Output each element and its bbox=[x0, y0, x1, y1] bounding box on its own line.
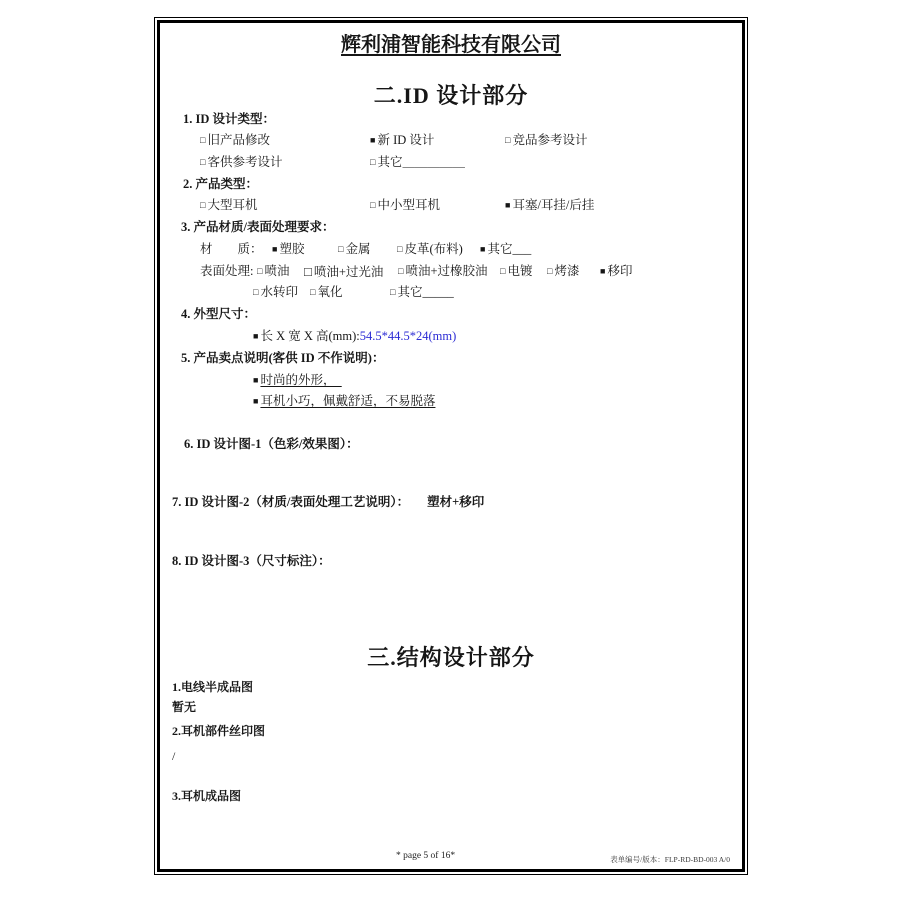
structure-section-heading: 三.结构设计部分 bbox=[160, 641, 742, 672]
q5-label: 5. 产品卖点说明(客供 ID 不作说明)： bbox=[181, 351, 384, 366]
checkbox-icon: □ bbox=[505, 135, 510, 145]
checkbox-icon: □ bbox=[370, 200, 375, 210]
company-title: 辉利浦智能科技有限公司 bbox=[160, 28, 742, 57]
checkbox-option: □喷油+过光油 bbox=[304, 264, 383, 280]
checkbox-label: 中小型耳机 bbox=[377, 198, 440, 212]
checkbox-option: □喷油 bbox=[257, 264, 289, 279]
checkbox-label: 大型耳机 bbox=[207, 198, 257, 212]
checkbox-option: □客供参考设计 bbox=[200, 155, 282, 170]
checkbox-icon: ■ bbox=[505, 200, 510, 210]
bullet-icon: ■ bbox=[253, 396, 258, 406]
q3-label: 3. 产品材质/表面处理要求： bbox=[181, 220, 334, 235]
checkbox-option: ■其它___ bbox=[480, 242, 531, 257]
checkbox-label: 塑胶 bbox=[279, 242, 304, 256]
checkbox-label: 金属 bbox=[345, 242, 370, 256]
checkbox-icon: □ bbox=[310, 287, 315, 297]
checkbox-icon: □ bbox=[398, 266, 403, 276]
checkbox-option: ■耳塞/耳挂/后挂 bbox=[505, 198, 594, 213]
checkbox-option: □竞品参考设计 bbox=[505, 133, 587, 148]
checkbox-icon: ■ bbox=[480, 244, 485, 254]
checkbox-option: □金属 bbox=[338, 242, 370, 257]
checkbox-icon: ■ bbox=[272, 244, 277, 254]
q6-label: 6. ID 设计图-1（色彩/效果图）： bbox=[184, 437, 359, 452]
checkbox-icon: □ bbox=[200, 135, 205, 145]
checkbox-option: □氧化 bbox=[310, 285, 342, 300]
checkbox-icon: □ bbox=[200, 157, 205, 167]
selling-point: ■时尚的外形， bbox=[253, 373, 342, 388]
checkbox-label: 水转印 bbox=[260, 285, 298, 299]
q8-label: 8. ID 设计图-3（尺寸标注）： bbox=[172, 554, 331, 569]
checkbox-label: 其它___ bbox=[487, 242, 531, 256]
selling-point: ■耳机小巧，佩戴舒适，不易脱落 bbox=[253, 394, 435, 409]
surface-label: 表面处理: bbox=[200, 264, 253, 279]
checkbox-option: ■新 ID 设计 bbox=[370, 133, 434, 148]
checkbox-option: □其它＿＿＿＿＿ bbox=[370, 155, 465, 170]
checkbox-icon: □ bbox=[390, 287, 395, 297]
checkbox-option: □水转印 bbox=[253, 285, 298, 300]
checkbox-label: 竞品参考设计 bbox=[512, 133, 587, 147]
structure-item1-value: 暂无 bbox=[172, 700, 196, 715]
structure-item3-label: 3.耳机成品图 bbox=[172, 789, 241, 804]
checkbox-option: □中小型耳机 bbox=[370, 198, 440, 213]
checkbox-option: □喷油+过橡胶油 bbox=[398, 264, 488, 279]
checkbox-label: 氧化 bbox=[317, 285, 342, 299]
bullet-icon: ■ bbox=[253, 375, 258, 385]
checkbox-icon: □ bbox=[338, 244, 343, 254]
structure-item2-value: / bbox=[172, 749, 175, 764]
checkbox-label: 喷油 bbox=[264, 264, 289, 278]
checkbox-icon: □ bbox=[547, 266, 552, 276]
selling-point-text: 耳机小巧，佩戴舒适，不易脱落 bbox=[260, 394, 435, 408]
q1-label: 1. ID 设计类型： bbox=[183, 112, 275, 127]
checkbox-label: 烤漆 bbox=[554, 264, 579, 278]
dimension-label: 长 X 宽 X 高(mm): bbox=[260, 329, 359, 343]
checkbox-option: □大型耳机 bbox=[200, 198, 257, 213]
checkbox-label: 喷油+过橡胶油 bbox=[405, 264, 487, 278]
checkbox-option: ■塑胶 bbox=[272, 242, 304, 257]
dimension-value: 54.5*44.5*24(mm) bbox=[360, 329, 457, 343]
checkbox-label: 喷油+过光油 bbox=[314, 265, 384, 279]
checkbox-icon: □ bbox=[304, 264, 312, 279]
selling-point-text: 时尚的外形， bbox=[260, 373, 341, 387]
structure-item1-label: 1.电线半成品图 bbox=[172, 680, 253, 695]
checkbox-option: ■移印 bbox=[600, 264, 632, 279]
checkbox-label: 皮革(布料) bbox=[404, 242, 462, 256]
checkbox-label: 移印 bbox=[607, 264, 632, 278]
checkbox-label: 其它＿＿＿＿＿ bbox=[377, 155, 465, 169]
checkbox-icon: □ bbox=[500, 266, 505, 276]
checkbox-label: 其它_____ bbox=[397, 285, 453, 299]
checkbox-label: 旧产品修改 bbox=[207, 133, 270, 147]
checkbox-option: □旧产品修改 bbox=[200, 133, 270, 148]
material-label: 材 质： bbox=[200, 242, 263, 257]
q7-row: 7. ID 设计图-2（材质/表面处理工艺说明）：塑材+移印 bbox=[172, 495, 484, 510]
checkbox-option: □其它_____ bbox=[390, 285, 454, 300]
checkbox-icon: □ bbox=[200, 200, 205, 210]
q2-label: 2. 产品类型： bbox=[183, 177, 258, 192]
checkbox-option: □电镀 bbox=[500, 264, 532, 279]
checkbox-icon: ■ bbox=[370, 135, 375, 145]
checkbox-label: 客供参考设计 bbox=[207, 155, 282, 169]
checkbox-icon: □ bbox=[257, 266, 262, 276]
structure-item2-label: 2.耳机部件丝印图 bbox=[172, 724, 265, 739]
q4-label: 4. 外型尺寸： bbox=[181, 307, 256, 322]
checkbox-icon: ■ bbox=[600, 266, 605, 276]
q7-value: 塑材+移印 bbox=[427, 495, 484, 509]
form-code: 表单编号/版本：FLP-RD-BD-003 A/0 bbox=[610, 854, 730, 865]
checkbox-option: □烤漆 bbox=[547, 264, 579, 279]
checkbox-label: 电镀 bbox=[507, 264, 532, 278]
checkbox-icon: □ bbox=[370, 157, 375, 167]
checkbox-label: 耳塞/耳挂/后挂 bbox=[512, 198, 594, 212]
dimension-row: ■长 X 宽 X 高(mm):54.5*44.5*24(mm) bbox=[253, 329, 456, 344]
checkbox-icon: □ bbox=[397, 244, 402, 254]
id-section-heading: 二.ID 设计部分 bbox=[160, 79, 742, 110]
checkbox-icon: □ bbox=[253, 287, 258, 297]
checkbox-icon: ■ bbox=[253, 331, 258, 341]
q7-label: 7. ID 设计图-2（材质/表面处理工艺说明）： bbox=[172, 495, 409, 509]
document-page: 辉利浦智能科技有限公司 二.ID 设计部分 1. ID 设计类型： □旧产品修改… bbox=[157, 20, 745, 872]
checkbox-label: 新 ID 设计 bbox=[377, 133, 434, 147]
page-number: * page 5 of 16* bbox=[396, 851, 455, 861]
checkbox-option: □皮革(布料) bbox=[397, 242, 463, 257]
